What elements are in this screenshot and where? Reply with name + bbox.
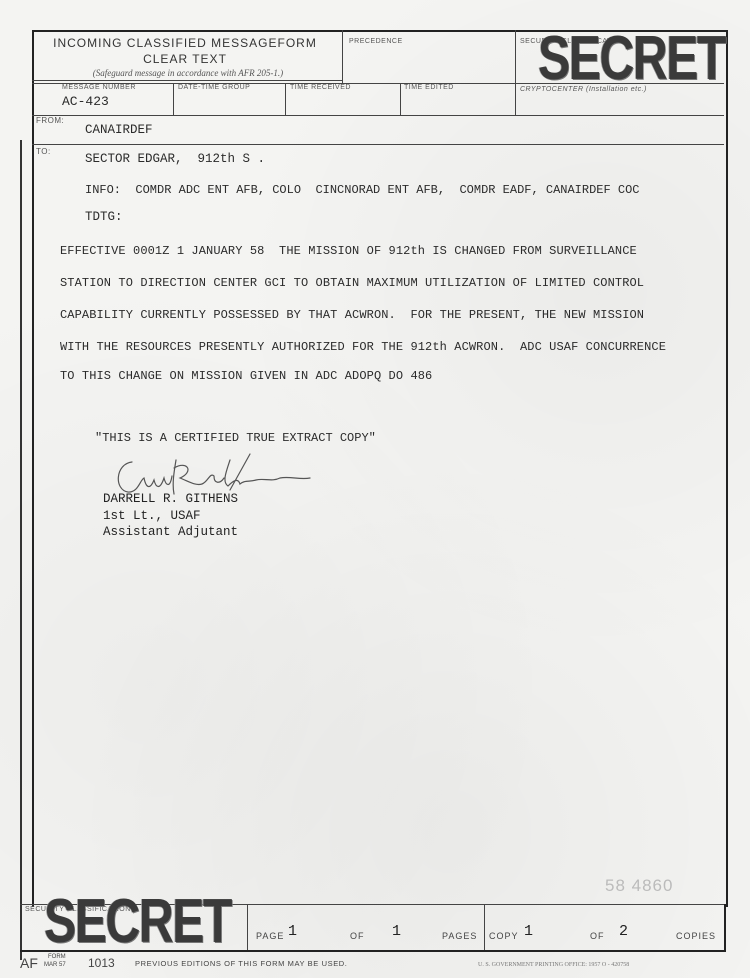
- cryptocenter-label: CRYPTOCENTER (Installation etc.): [520, 86, 647, 93]
- to-value: SECTOR EDGAR, 912th S .: [85, 152, 265, 166]
- secret-stamp-bottom: SECRET: [44, 893, 231, 951]
- page-number: 1: [288, 923, 297, 940]
- footer-form-date: MAR 57: [44, 962, 66, 968]
- page-of-label: OF: [350, 931, 365, 941]
- form-left-border: [20, 140, 22, 960]
- precedence-label: PRECEDENCE: [349, 38, 403, 45]
- message-number-label: MESSAGE NUMBER: [62, 84, 136, 91]
- total-copies: 2: [619, 923, 628, 940]
- footer-previous-editions: PREVIOUS EDITIONS OF THIS FORM MAY BE US…: [135, 959, 348, 968]
- message-line: CAPABILITY CURRENTLY POSSESSED BY THAT A…: [60, 308, 644, 322]
- serial-number: 58 4860: [605, 876, 673, 896]
- copy-label: COPY: [489, 931, 519, 941]
- copy-number: 1: [524, 923, 533, 940]
- date-time-group-label: DATE-TIME GROUP: [178, 84, 250, 91]
- total-pages: 1: [392, 923, 401, 940]
- divider: [32, 115, 724, 116]
- page-label: PAGE: [256, 931, 284, 941]
- safeguard-note: (Safeguard message in accordance with AF…: [38, 68, 338, 78]
- divider: [515, 30, 516, 115]
- secret-stamp-top: SECRET: [538, 30, 725, 88]
- message-line: TO THIS CHANGE ON MISSION GIVEN IN ADC A…: [60, 369, 432, 383]
- divider: [724, 904, 726, 952]
- divider: [484, 904, 485, 950]
- footer-printer: U. S. GOVERNMENT PRINTING OFFICE: 1957 O…: [478, 962, 629, 968]
- signer-name: DARRELL R. GITHENS: [103, 492, 238, 506]
- footer-form-label: FORM: [48, 954, 66, 960]
- info-addressees: INFO: COMDR ADC ENT AFB, COLO CINCNORAD …: [85, 183, 640, 197]
- to-label: TO:: [36, 147, 51, 156]
- copy-of-label: OF: [590, 931, 605, 941]
- certification-statement: "THIS IS A CERTIFIED TRUE EXTRACT COPY": [95, 431, 376, 445]
- divider: [400, 83, 401, 115]
- divider: [285, 83, 286, 115]
- time-received-label: TIME RECEIVED: [290, 84, 351, 91]
- form-title: INCOMING CLASSIFIED MESSAGEFORM: [35, 36, 335, 50]
- form-subtitle: CLEAR TEXT: [35, 52, 335, 66]
- message-number-value: AC-423: [62, 94, 109, 109]
- from-label: FROM:: [36, 116, 64, 125]
- from-value: CANAIRDEF: [85, 123, 153, 137]
- divider: [32, 80, 342, 81]
- message-line: WITH THE RESOURCES PRESENTLY AUTHORIZED …: [60, 340, 666, 354]
- divider: [32, 144, 724, 145]
- message-line: EFFECTIVE 0001Z 1 JANUARY 58 THE MISSION…: [60, 244, 637, 258]
- footer-form-number: 1013: [88, 956, 115, 970]
- tdtg-label: TDTG:: [85, 210, 123, 224]
- message-line: STATION TO DIRECTION CENTER GCI TO OBTAI…: [60, 276, 644, 290]
- footer-af: AF: [20, 955, 38, 971]
- divider: [342, 30, 343, 83]
- signer-rank: 1st Lt., USAF: [103, 509, 201, 523]
- time-edited-label: TIME EDITED: [404, 84, 454, 91]
- pages-label: PAGES: [442, 931, 477, 941]
- signer-title: Assistant Adjutant: [103, 525, 238, 539]
- copies-label: COPIES: [676, 931, 716, 941]
- divider: [173, 83, 174, 115]
- divider: [247, 904, 248, 950]
